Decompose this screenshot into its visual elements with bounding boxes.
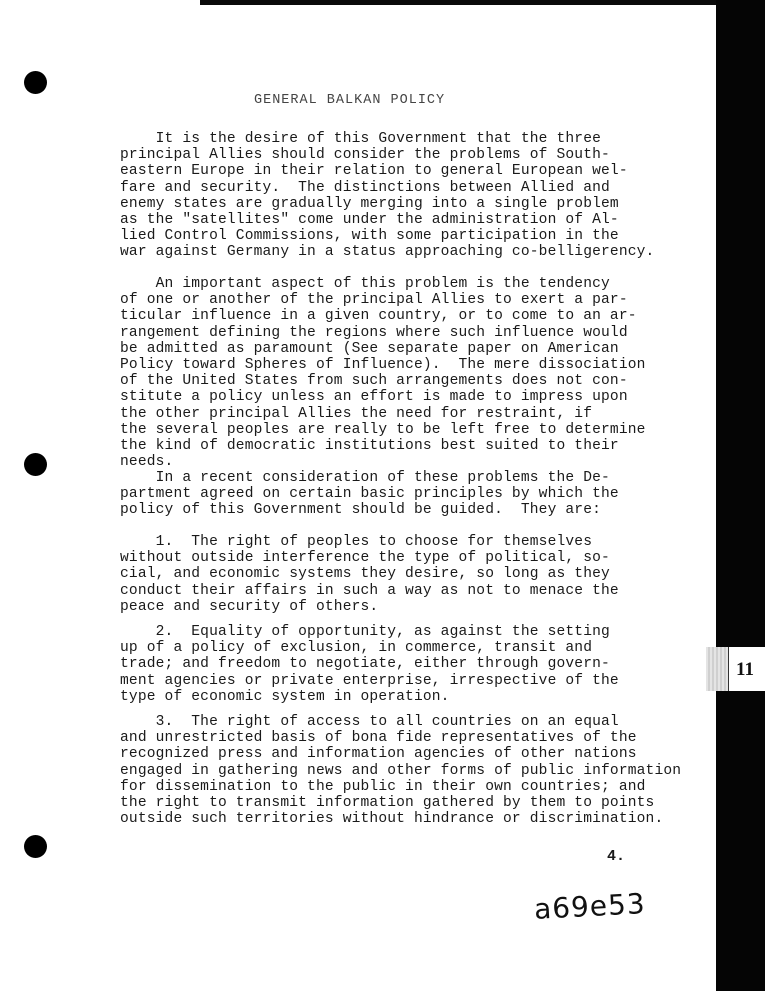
document-title: GENERAL BALKAN POLICY (254, 93, 445, 108)
punch-hole-icon (24, 453, 47, 476)
punch-hole-icon (24, 835, 47, 858)
paragraph-principles-intro: In a recent consideration of these probl… (120, 470, 710, 519)
index-tab: 11 (706, 647, 765, 691)
paragraph-aspect: An important aspect of this problem is t… (120, 276, 710, 470)
page-number: 4. (607, 848, 625, 865)
principle-3: 3. The right of access to all countries … (120, 714, 710, 827)
paragraph-intro: It is the desire of this Government that… (120, 131, 710, 261)
punch-hole-icon (24, 71, 47, 94)
scan-right-border (716, 0, 765, 991)
principle-1: 1. The right of peoples to choose for th… (120, 534, 710, 615)
handwritten-annotation: a69e53 (533, 887, 646, 926)
scan-top-border (200, 0, 765, 5)
principle-2: 2. Equality of opportunity, as against t… (120, 624, 710, 705)
tab-label: 11 (736, 659, 754, 681)
